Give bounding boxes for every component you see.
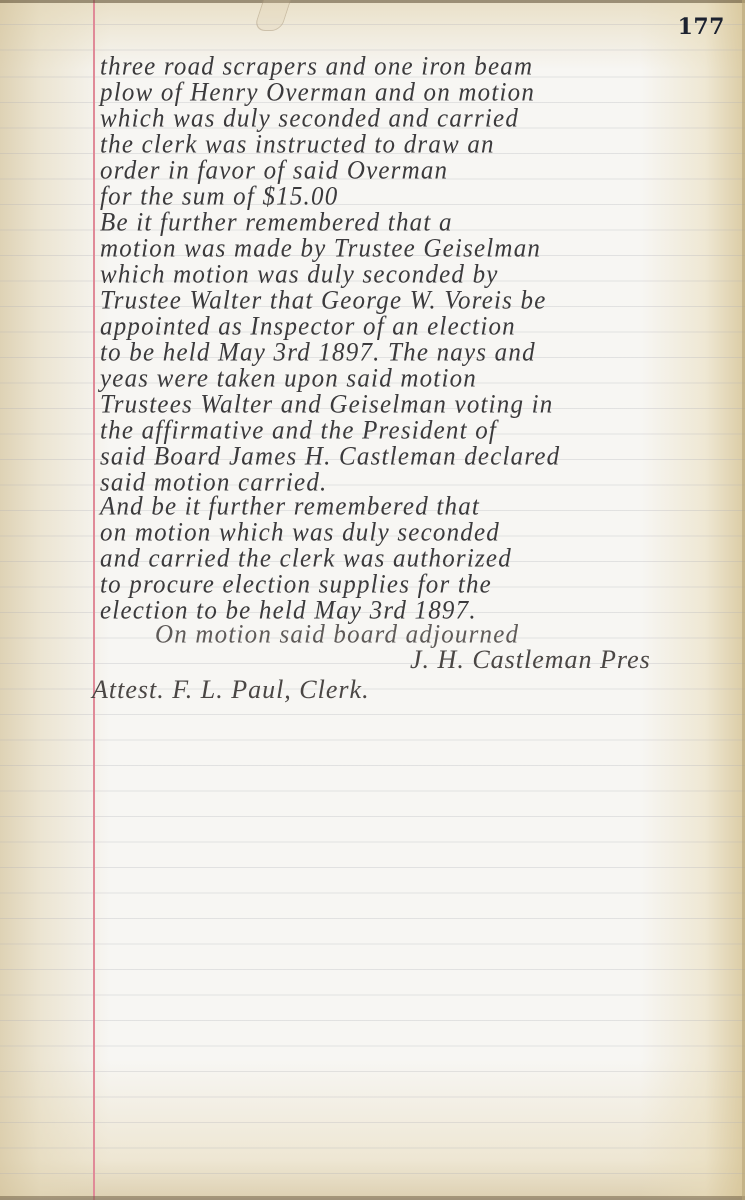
text-line: three road scrapers and one iron beam [100, 53, 533, 82]
text-line: which was duly seconded and carried [100, 105, 519, 134]
text-line: on motion which was duly seconded [100, 519, 500, 548]
clerk-attestation: Attest. F. L. Paul, Clerk. [92, 675, 370, 705]
text-line: the affirmative and the President of [100, 417, 497, 446]
text-line: And be it further remembered that [100, 493, 480, 522]
text-line: the clerk was instructed to draw an [100, 131, 495, 160]
text-line: Be it further remembered that a [100, 209, 453, 238]
text-line: order in favor of said Overman [100, 157, 448, 186]
text-line: which motion was duly seconded by [100, 261, 499, 290]
text-line: said Board James H. Castleman declared [100, 443, 560, 472]
text-line: motion was made by Trustee Geiselman [100, 235, 541, 264]
text-line: to be held May 3rd 1897. The nays and [100, 339, 536, 368]
text-line: and carried the clerk was authorized [100, 545, 512, 574]
ledger-page: 177 three road scrapers and one iron bea… [0, 0, 745, 1200]
text-line: for the sum of $15.00 [100, 183, 338, 212]
text-line: appointed as Inspector of an election [100, 313, 516, 342]
text-line: to procure election supplies for the [100, 571, 492, 600]
text-line: plow of Henry Overman and on motion [100, 79, 535, 108]
text-line: yeas were taken upon said motion [100, 365, 477, 394]
text-line: Trustee Walter that George W. Voreis be [100, 287, 547, 316]
president-signature: J. H. Castleman Pres [410, 645, 651, 675]
handwritten-minutes: three road scrapers and one iron beam pl… [0, 0, 745, 1200]
text-line: Trustees Walter and Geiselman voting in [100, 391, 554, 420]
